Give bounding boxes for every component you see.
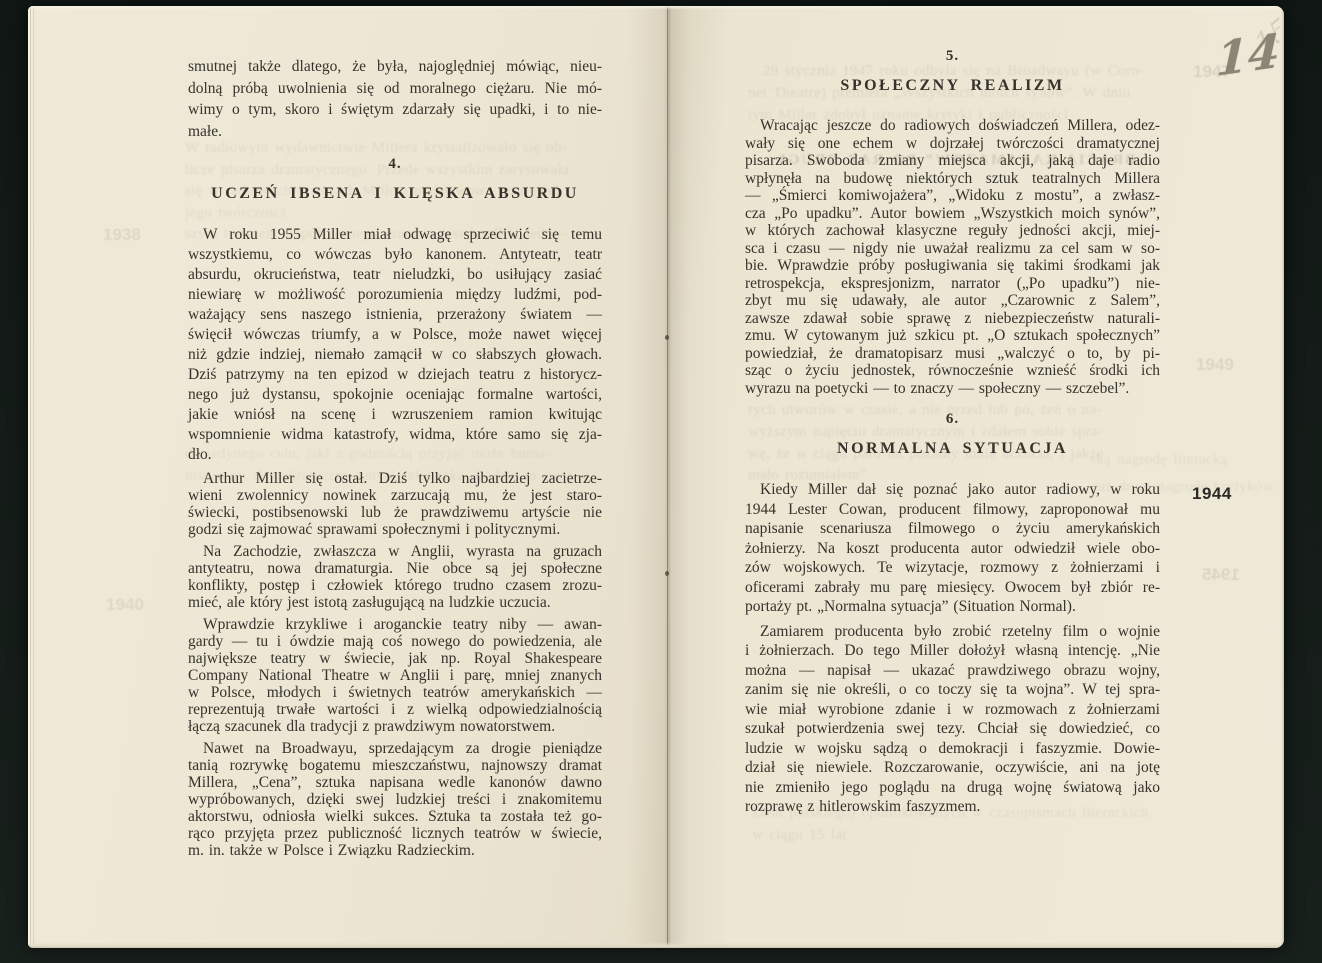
section-number: 5. bbox=[745, 48, 1160, 65]
text-line: wspomnienie widma katastrofy, widma, któ… bbox=[188, 425, 602, 445]
text-line: zawsze zdawał sobie sprawę z niebezpiecz… bbox=[745, 310, 1160, 328]
text-line: portaży pt. „Normalna sytuacja” (Situati… bbox=[745, 597, 1160, 617]
text-line: dolną próbą uwolnienia się od moralnego … bbox=[188, 78, 602, 100]
text-line: tanią rozrywkę bogatemu mieszczaństwu, n… bbox=[188, 757, 602, 774]
book-scan-scene: W radiowym wydawnictwie Millera krystali… bbox=[0, 0, 1322, 963]
text-line: Na Zachodzie, zwłaszcza w Anglii, wyrast… bbox=[188, 543, 602, 560]
body-paragraph: Nawet na Broadwayu, sprzedającym za drog… bbox=[188, 740, 602, 859]
text-line: Nawet na Broadwayu, sprzedającym za drog… bbox=[188, 740, 602, 757]
book-spine-crease bbox=[667, 6, 668, 948]
body-paragraph: Wracając jeszcze do radiowych doświadcze… bbox=[745, 117, 1160, 397]
text-line: oficerami zabrały mu parę miesięcy. Owoc… bbox=[745, 578, 1160, 598]
text-line: wieni zwolennicy nowinek zarzucają mu, ż… bbox=[188, 487, 602, 504]
binding-thread-dot bbox=[665, 571, 669, 576]
text-line: nego już dystansu, spokojnie oceniając f… bbox=[188, 385, 602, 405]
text-line: gardy — tu i ówdzie mają coś nowego do p… bbox=[188, 633, 602, 650]
body-paragraph: Na Zachodzie, zwłaszcza w Anglii, wyrast… bbox=[188, 543, 602, 611]
text-line: mieć, ale który jest istotą zasługującą … bbox=[188, 594, 602, 611]
bleedthrough-year-note: 1938 bbox=[103, 225, 141, 245]
right-page-text-column: 5.SPOŁECZNY REALIZMWracając jeszcze do r… bbox=[745, 6, 1160, 948]
text-line: szukał potwierdzenia swej tezy. Chciał s… bbox=[745, 719, 1160, 739]
section-number: 6. bbox=[745, 411, 1160, 428]
body-paragraph: W roku 1955 Miller miał odwagę sprzeciwi… bbox=[188, 225, 602, 465]
text-line: W roku 1955 Miller miał odwagę sprzeciwi… bbox=[188, 225, 602, 245]
text-line: aktorstwu, odniosła wielki sukces. Sztuk… bbox=[188, 808, 602, 825]
body-paragraph: smutnej także dlatego, że była, najoględ… bbox=[188, 56, 602, 142]
printed-margin-year-note: 1944 bbox=[1192, 484, 1232, 504]
text-line: rąco przyjęta przez publiczność licznych… bbox=[188, 825, 602, 842]
text-line: zów wojskowych. Te wizytacje, rozmowy z … bbox=[745, 558, 1160, 578]
text-line: Millera, „Cena”, sztuka napisana wedle k… bbox=[188, 774, 602, 791]
text-line: ludzie w wojsku sądzą o demokracji i fas… bbox=[745, 739, 1160, 759]
text-line: godzi się zajmować sprawami społecznymi … bbox=[188, 521, 602, 538]
text-line: m. in. także w Polsce i Związku Radzieck… bbox=[188, 842, 602, 859]
text-line: największe teatry w świecie, jak np. Roy… bbox=[188, 650, 602, 667]
text-line: w których zachował klasyczne reguły jedn… bbox=[745, 222, 1160, 240]
text-line: powiedział, że dramatopisarz musi „walcz… bbox=[745, 345, 1160, 363]
text-line: cza „Po upadku”. Autor bowiem „Wszystkic… bbox=[745, 205, 1160, 223]
text-line: dło. bbox=[188, 445, 602, 465]
text-line: wszystkiemu, co wówczas było kanonem. An… bbox=[188, 245, 602, 265]
text-line: — „Śmierci komiwojażera”, „Widoku z most… bbox=[745, 187, 1160, 205]
text-line: nie zmieniło jego poglądu na drugą wojnę… bbox=[745, 778, 1160, 798]
text-line: Company National Theatre w Anglii i parę… bbox=[188, 667, 602, 684]
text-line: niż gdzie indziej, niemało zamącił w co … bbox=[188, 345, 602, 365]
page-stack-edge-bottom bbox=[28, 942, 1284, 948]
body-paragraph: Arthur Miller się ostał. Dziś tylko najb… bbox=[188, 470, 602, 538]
text-line: małe. bbox=[188, 121, 602, 143]
text-line: wyrazu na poetycki — to znaczy — społecz… bbox=[745, 380, 1160, 398]
text-line: wypróbowanych, dzięki swej ludzkiej treś… bbox=[188, 791, 602, 808]
text-line: Kiedy Miller dał się poznać jako autor r… bbox=[745, 480, 1160, 500]
text-line: Zamiarem producenta było zrobić rzetelny… bbox=[745, 622, 1160, 642]
body-paragraph: Wprawdzie krzykliwe i aroganckie teatry … bbox=[188, 616, 602, 735]
text-line: święcił wówczas triumfy, a w Polsce, moż… bbox=[188, 325, 602, 345]
text-line: ważający sens naszego istnienia, przeraż… bbox=[188, 305, 602, 325]
text-line: 1944 Lester Cowan, producent filmowy, za… bbox=[745, 500, 1160, 520]
text-line: w Polsce, młodych i świetnych teatrów am… bbox=[188, 684, 602, 701]
bleedthrough-year-note: 1949 bbox=[1196, 355, 1234, 375]
text-line: żołnierzy. Na koszt producenta autor odw… bbox=[745, 539, 1160, 559]
text-line: można — napisał — ukazać prawdziwego obr… bbox=[745, 661, 1160, 681]
text-line: i żołnierzach. Do tego Miller dołożył wł… bbox=[745, 641, 1160, 661]
text-line: sca i czasu — nigdy nie uważał realizmu … bbox=[745, 240, 1160, 258]
text-line: dział się niewiele. Rozczarowanie, oczyw… bbox=[745, 758, 1160, 778]
body-paragraph: Kiedy Miller dał się poznać jako autor r… bbox=[745, 480, 1160, 617]
text-line: napisanie scenariusza filmowego o życiu … bbox=[745, 519, 1160, 539]
text-line: Arthur Miller się ostał. Dziś tylko najb… bbox=[188, 470, 602, 487]
bleedthrough-year-note: 1940 bbox=[106, 595, 144, 615]
section-heading: SPOŁECZNY REALIZM bbox=[745, 77, 1160, 95]
text-line: bie. Wprawdzie próby posługiwania się ta… bbox=[745, 257, 1160, 275]
text-line: niewiarę w możliwość porozumienia między… bbox=[188, 285, 602, 305]
text-line: wimy o tym, skoro i świętym zdarzały się… bbox=[188, 99, 602, 121]
text-line: łączą szacunek dla tradycji z prawdziwym… bbox=[188, 718, 602, 735]
text-line: Dziś patrzymy na ten epizod w dziejach t… bbox=[188, 365, 602, 385]
text-line: antyteatru, nowa dramaturgia. Nie obce s… bbox=[188, 560, 602, 577]
text-line: zbyt mu się udawały, ale autor „Czarowni… bbox=[745, 292, 1160, 310]
text-line: Wprawdzie krzykliwe i aroganckie teatry … bbox=[188, 616, 602, 633]
text-line: Wracając jeszcze do radiowych doświadcze… bbox=[745, 117, 1160, 135]
text-line: smutnej także dlatego, że była, najoględ… bbox=[188, 56, 602, 78]
open-book: W radiowym wydawnictwie Millera krystali… bbox=[28, 6, 1284, 948]
text-line: sząc o życiu jednostek, równocześnie wzn… bbox=[745, 362, 1160, 380]
binding-thread-dot bbox=[665, 335, 669, 340]
text-line: retrospekcja, ekspresjonizm, narrator („… bbox=[745, 275, 1160, 293]
page-stack-edge-right bbox=[1279, 6, 1284, 948]
text-line: wały się one echem w dojrzałej twórczośc… bbox=[745, 135, 1160, 153]
page-stack-edge-top bbox=[28, 6, 1284, 10]
text-line: pisarza. Swoboda zmiany miejsca akcji, j… bbox=[745, 152, 1160, 170]
page-stack-edge-left bbox=[28, 6, 36, 948]
text-line: absurdu, okrucieństwa, teatr nieludzki, … bbox=[188, 265, 602, 285]
text-line: jakie wniósł na scenę i wzruszeniem rami… bbox=[188, 405, 602, 425]
section-heading: UCZEŃ IBSENA I KLĘSKA ABSURDU bbox=[188, 185, 602, 203]
text-line: wpłynęła na budowę niektórych sztuk teat… bbox=[745, 170, 1160, 188]
bleedthrough-year-note: 1945 bbox=[1202, 565, 1240, 585]
text-line: zmu. W cytowanym już szkicu pt. „O sztuk… bbox=[745, 327, 1160, 345]
section-number: 4. bbox=[188, 156, 602, 173]
text-line: rozprawę z hitlerowskim faszyzmem. bbox=[745, 797, 1160, 817]
text-line: świecki, postibsenowski lub że prawdziwe… bbox=[188, 504, 602, 521]
text-line: zanim się nie określi, o co toczy się ta… bbox=[745, 680, 1160, 700]
text-line: reprezentują trwałe wartości i z wielką … bbox=[188, 701, 602, 718]
text-line: wie miał wyrobione zdanie i w rozmowach … bbox=[745, 700, 1160, 720]
left-page-text-column: smutnej także dlatego, że była, najoględ… bbox=[188, 6, 602, 948]
body-paragraph: Zamiarem producenta było zrobić rzetelny… bbox=[745, 622, 1160, 817]
text-line: konflikty, postęp i człowiek którego tru… bbox=[188, 577, 602, 594]
section-heading: NORMALNA SYTUACJA bbox=[745, 440, 1160, 458]
